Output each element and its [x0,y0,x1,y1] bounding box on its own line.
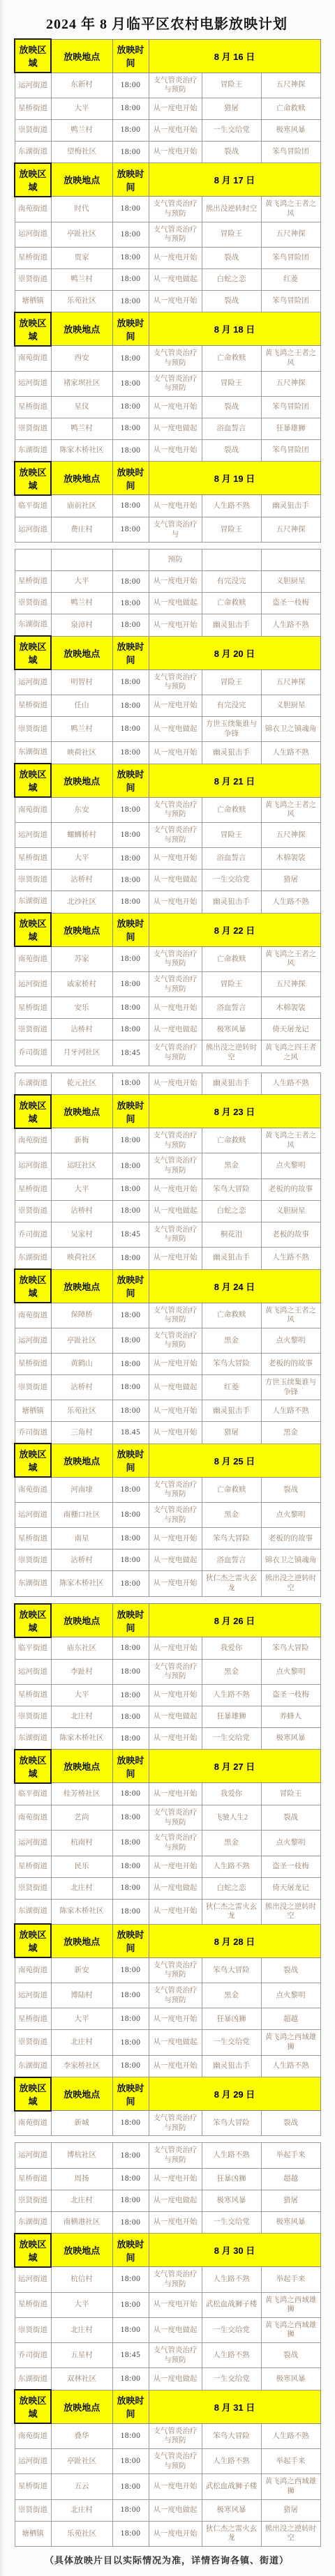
screening-row: 崇贤街道鸭兰村18:00从一度电做起亡命救赎盗圣一枝梅 [15,593,320,614]
location-cell: 大平 [51,2292,112,2317]
film-cell: 倚天屠龙记 [261,1877,320,1899]
header-location-label: 放映地点 [51,2234,112,2267]
schedule-table-fragment: 放映区域放映地点放映时间8 月 26 日临平街道庙东社区18:00从一度电开始我… [14,1603,321,2137]
screening-row: 塘栖镇乐苑社区18:00从一度电开始狄仁杰之雷火玄龙熊出没之逆转时空 [15,2521,320,2546]
region-cell: 运河街道 [15,823,51,848]
header-location-label: 放映地点 [51,1750,112,1783]
film-cell: 人生路不熟 [261,1073,320,1095]
time-cell: 18:00 [112,98,149,119]
film-cell: 亡命救赎 [202,1303,261,1328]
film-cell: 举起手来 [261,2143,320,2168]
time-cell: 18:00 [112,1706,149,1727]
region-cell: 乔司街道 [15,1222,51,1247]
location-cell: 南横港社区 [51,2211,112,2234]
header-region-label: 放映区域 [15,2234,51,2267]
film-cell: 极寒风暴 [202,2499,261,2521]
location-cell: 亭趾社区 [51,1328,112,1353]
region-cell: 塘栖镇 [15,2521,51,2546]
location-cell: 苏家 [51,946,112,971]
film-cell: 支气管炎治疗与预防 [149,1983,202,2008]
screening-row: 崇贤街道北庄村18:00从一度电做起一生交给党黄飞鸿之西域雄狮 [15,2030,320,2055]
film-cell: 一生交给党 [202,2030,261,2055]
location-cell: 李家桥社区 [51,2055,112,2077]
time-cell: 18:00 [112,1375,149,1400]
film-cell: 从一度电开始 [149,2008,202,2030]
location-cell: 费庄村 [51,517,112,542]
time-cell: 18:00 [112,2521,149,2546]
day-header-row: 放映区域放映地点放映时间8 月 17 日 [15,163,320,197]
time-cell [112,550,149,571]
date-label: 8 月 19 日 [149,462,320,495]
location-cell: 李趾村 [51,1659,112,1684]
location-cell: 庙东社区 [51,1637,112,1660]
time-cell: 18:00 [112,1983,149,2008]
film-cell: 支气管炎治疗与预防 [149,222,202,247]
film-cell: 从一度电做起 [149,2190,202,2211]
film-cell: 从一度电开始 [149,1899,202,1924]
location-cell: 陈家木桥社区 [51,439,112,462]
film-cell: 裂战 [261,1805,320,1830]
film-cell: 义胆厨星 [261,695,320,716]
region-cell: 运河街道 [15,1831,51,1856]
screening-row: 南苑街道艺尚18:00支气管炎治疗与预防飞驰人生2裂战 [15,1805,320,1830]
film-cell: 黑金 [261,1422,320,1444]
film-cell: 冒险王 [202,823,261,848]
film-cell: 人生路不熟 [261,2423,320,2448]
film-cell: 从一度电开始 [149,1637,202,1660]
film-cell: 老板的的故事 [261,1528,320,1550]
film-cell: 人生路不熟 [202,2143,261,2168]
film-cell: 黄飞鸿之王者之风 [261,346,320,371]
region-cell: 南苑街道 [15,946,51,971]
location-cell: 北沙社区 [51,891,112,914]
screening-row: 东湖街道陈家木桥社区18:00从一度电开始狄仁杰之雷火玄龙熊出没之逆转时空 [15,1571,320,1596]
screening-row: 南苑街道河南埭18:00支气管炎治疗与预防亡命救赎裂战 [15,1477,320,1502]
time-cell: 18:00 [112,1179,149,1200]
region-cell: 南苑街道 [15,1957,51,1983]
film-cell: 盗圣一枝梅 [261,593,320,614]
time-cell: 18:00 [112,972,149,997]
film-cell: 从一度电开始 [149,848,202,870]
time-cell: 18:00 [112,1128,149,1153]
film-cell: 裂战 [202,439,261,462]
film-cell: 五尺神探 [261,823,320,848]
region-cell: 临平街道 [15,495,51,517]
screening-row: 运河街道博杭社区18:00支气管炎治疗与预防人生路不熟举起手来 [15,2143,320,2168]
film-cell: 红菱 [202,1375,261,1400]
schedule: 放映区域放映地点放映时间8 月 16 日运河街道东新村18:00支气管炎治疗与预… [14,38,320,2547]
film-cell: 方世玉续集谁与争锋 [261,1375,320,1400]
film-cell: 幽灵狙击手 [202,1400,261,1422]
time-cell: 18:45 [112,2343,149,2368]
screening-row: 南苑街道苏家18:00支气管炎治疗与预防亡命救赎黄飞鸿之王者之风 [15,946,320,971]
time-cell: 18:00 [112,2368,149,2391]
film-cell: 支气管炎治疗与预防 [149,823,202,848]
location-cell: 大平 [51,1684,112,1706]
day-header-row: 放映区域放映地点放映时间8 月 18 日 [15,312,320,346]
film-cell: 从一度电做起 [149,1877,202,1899]
film-cell: 狂暴雄狮 [261,418,320,439]
header-time-label: 放映时间 [112,636,149,669]
location-cell: 沾桥村 [51,1019,112,1040]
location-cell: 乐苑社区 [51,2521,112,2546]
film-cell: 人生路不熟 [202,2343,261,2368]
film-cell: 黑金 [202,1153,261,1179]
time-cell: 18:00 [112,797,149,822]
film-cell: 笨鸟大冒险 [202,1957,261,1983]
time-cell: 18:00 [112,2190,149,2211]
film-cell: 支气管炎治疗与预防 [149,197,202,222]
date-label: 8 月 27 日 [149,1750,320,1783]
time-cell: 18:00 [112,222,149,247]
header-time-label: 放映时间 [112,312,149,346]
time-cell: 18:00 [112,1503,149,1528]
day-header-row: 放映区域放映地点放映时间8 月 28 日 [15,1924,320,1957]
film-cell: 从一度电开始 [149,1528,202,1550]
location-cell: 北庄村 [51,1706,112,1727]
film-cell: 支气管炎治疗与 [149,517,202,542]
screening-row: 南苑街道新城18:00支气管炎治疗与预防笨鸟大冒险裂战 [15,2111,320,2136]
region-cell: 崇贤街道 [15,268,51,290]
location-cell: 东安 [51,797,112,822]
location-cell: 博陆村 [51,1983,112,2008]
region-cell: 崇贤街道 [15,716,51,741]
film-cell: 从一度电做起 [149,1706,202,1727]
header-region-label: 放映区域 [15,1604,51,1637]
region-cell: 临平街道 [15,1783,51,1805]
header-region-label: 放映区域 [15,1269,51,1303]
film-cell: 冒险王 [202,517,261,542]
region-cell: 星桥街道 [15,98,51,119]
film-cell: 老板的故事 [261,1222,320,1247]
film-cell: 浴血誓言 [202,1550,261,1571]
screening-row: 运河街道亭趾社区18:00支气管炎治疗与预防冒险王五尺神探 [15,222,320,247]
film-cell: 盗圣一枝梅 [261,1684,320,1706]
film-cell: 从一度电开始 [149,614,202,637]
location-cell: 任山 [51,695,112,716]
region-cell: 东湖街道 [15,1727,51,1750]
film-cell: 从一度电做起 [149,870,202,891]
location-cell: 乐苑社区 [51,1400,112,1422]
film-cell: 支气管炎治疗与预防 [149,1153,202,1179]
location-cell: 北庄村 [51,1877,112,1899]
screening-row: 塘栖镇乐苑社区18:00从一度电开始幽灵狙击手人生路不熟 [15,1400,320,1422]
region-cell: 南苑街道 [15,2111,51,2136]
location-cell: 大平 [51,848,112,870]
header-location-label: 放映地点 [51,1444,112,1477]
screening-row: 运河街道南栅口社区18:00支气管炎治疗与预防黑金点火黎明 [15,1503,320,1528]
film-cell: 五尺神探 [261,371,320,396]
time-cell: 18:45 [112,1040,149,1066]
region-cell: 南苑街道 [15,2423,51,2448]
time-cell: 18:00 [112,1477,149,1502]
time-cell: 18:00 [112,1659,149,1684]
film-cell: 人生路不熟 [261,614,320,637]
time-cell: 18:00 [112,1637,149,1660]
location-cell: 南栅口社区 [51,1503,112,1528]
time-cell: 18:45 [112,1222,149,1247]
day-header-row: 放映区域放映地点放映时间8 月 29 日 [15,2077,320,2111]
schedule-table-fragment: 东湖街道乾元社区18:00从一度电开始幽灵狙击手人生路不熟放映区域放映地点放映时… [14,1073,321,1597]
film-cell: 老板的的故事 [261,1179,320,1200]
film-cell: 狂暴凶狮 [202,2168,261,2190]
region-cell: 星桥街道 [15,1354,51,1375]
film-cell: 一生交给党 [202,870,261,891]
film-cell: 从一度电做起 [149,1550,202,1571]
film-cell: 从一度电开始 [149,1354,202,1375]
time-cell: 18:00 [112,247,149,268]
film-cell: 黄飞鸿之王者之风 [261,797,320,822]
location-cell: 鸭兰村 [51,593,112,614]
time-cell: 18:00 [112,2055,149,2077]
screening-row: 东湖街道陈家木桥社区18:00从一度电开始一生交给党极寒风暴 [15,1727,320,1750]
film-cell: 木棉袈裟 [261,997,320,1019]
region-cell: 运河街道 [15,972,51,997]
region-cell: 东湖街道 [15,141,51,163]
day-header-row: 放映区域放映地点放映时间8 月 22 日 [15,913,320,946]
film-cell: 支气管炎治疗与预防 [149,1957,202,1983]
screening-row: 运河街道杭南村18:00支气管炎治疗与预防黑金点火黎明 [15,1831,320,1856]
film-cell: 支气管炎治疗与预防 [149,1328,202,1353]
screening-row: 星桥街道贾家18:00从一度电开始裂战笨鸟冒险团 [15,247,320,268]
film-cell: 裂战 [202,290,261,312]
film-cell: 狂暴雄狮 [202,1706,261,1727]
location-cell: 新梅 [51,1128,112,1153]
film-cell: 猎屠 [261,2499,320,2521]
film-cell: 从一度电开始 [149,2055,202,2077]
location-cell: 南星 [51,1528,112,1550]
screening-row: 星桥街道大平18:00从一度电开始笨鸟大冒险老板的的故事 [15,1179,320,1200]
film-cell: 熊出没之逆转时空 [202,1040,261,1066]
location-cell: 沾桥村 [51,1550,112,1571]
header-location-label: 放映地点 [51,39,112,73]
screening-row: 南苑街道新梅18:00支气管炎治疗与预防亡命救赎黄飞鸿之王者之风 [15,1128,320,1153]
screening-row: 东湖街道泉漳村18:00从一度电开始幽灵狙击手人生路不熟 [15,614,320,637]
header-location-label: 放映地点 [51,2077,112,2111]
time-cell: 18:00 [112,197,149,222]
film-cell: 黄飞鸿之西域雄狮 [261,2317,320,2342]
time-cell: 18.45 [112,1422,149,1444]
screening-row: 运河街道杭信村18:00支气管炎治疗与预防人生路不熟举起手来 [15,2267,320,2292]
time-cell: 18:00 [112,2111,149,2136]
screening-row: 运河街道李趾村18:00支气管炎治疗与预防黑金点火黎明 [15,1659,320,1684]
time-cell: 18:00 [112,141,149,163]
film-cell: 支气管炎治疗与预防 [149,1222,202,1247]
location-cell: 叠华 [51,2423,112,2448]
location-cell: 鸭兰村 [51,418,112,439]
film-cell: 幽灵狙击手 [202,891,261,914]
film-cell: 人生路不熟 [202,2449,261,2474]
screening-row: 崇贤街道鸭兰村18:00从一度电做起浴血誓言狂暴雄狮 [15,418,320,439]
film-cell: 一生交给党 [202,2211,261,2234]
film-cell: 白蛇之恋 [202,1877,261,1899]
location-cell: 大平 [51,2008,112,2030]
film-cell: 木棉袈裟 [261,848,320,870]
film-cell: 幽灵狙击手 [202,614,261,637]
film-cell: 老板的的故事 [261,1354,320,1375]
header-time-label: 放映时间 [112,1750,149,1783]
schedule-table-fragment: 预防星桥街道大平18:00从一度电开始有完没完义胆厨星崇贤街道鸭兰村18:00从… [14,549,321,1066]
header-location-label: 放映地点 [51,1604,112,1637]
location-cell: 安乐 [51,997,112,1019]
time-cell: 18:00 [112,1248,149,1270]
region-cell: 南苑街道 [15,346,51,371]
header-region-label: 放映区域 [15,462,51,495]
screening-row: 星桥街道周扬18:00从一度电开始狂暴凶狮超越 [15,2168,320,2190]
location-cell: 新城 [51,2111,112,2136]
film-cell: 锦衣卫之镇魂角 [261,1550,320,1571]
film-cell: 笨鸟冒险团 [261,439,320,462]
header-location-label: 放映地点 [51,163,112,197]
time-cell: 18:00 [112,1528,149,1550]
location-cell: 北庄村 [51,2317,112,2342]
location-cell: 吴家村 [51,1222,112,1247]
location-cell: 杭南村 [51,1831,112,1856]
screening-row: 崇贤街道北庄村18:00从一度电做起白蛇之恋倚天屠龙记 [15,1877,320,1899]
screening-row: 崇贤街道北庄村18:00从一度电做起一生交给党黄飞鸿之西域雄狮 [15,2317,320,2342]
region-cell: 运河街道 [15,2267,51,2292]
location-cell: 月牙河社区 [51,1040,112,1066]
film-cell: 义胆厨星 [261,1200,320,1222]
region-cell: 运河街道 [15,222,51,247]
film-cell: 裂战 [261,2111,320,2136]
time-cell: 18:00 [112,1877,149,1899]
film-cell: 五尺神探 [261,73,320,98]
film-cell: 锦衣卫之镇魂角 [261,716,320,741]
location-cell: 褚家坝社区 [51,371,112,396]
film-cell: 五尺神探 [261,222,320,247]
location-cell: 映荷社区 [51,742,112,764]
screening-row: 东湖街道乾元社区18:00从一度电开始幽灵狙击手人生路不熟 [15,1073,320,1095]
location-cell: 五云 [51,2474,112,2499]
time-cell: 18:00 [112,1328,149,1353]
day-header-row: 放映区域放映地点放映时间8 月 26 日 [15,1604,320,1637]
header-time-label: 放映时间 [112,913,149,946]
screening-row: 崇贤街道鸭兰村18:00从一度电做起白蛇之恋红菱 [15,268,320,290]
location-cell: 陈家木桥社区 [51,1727,112,1750]
film-cell: 笨鸟冒险团 [261,290,320,312]
screening-row: 南苑街道新安18:00支气管炎治疗与预防笨鸟大冒险裂战 [15,1957,320,1983]
region-cell: 东湖街道 [15,1248,51,1270]
film-cell: 冒险王 [202,73,261,98]
header-location-label: 放映地点 [51,636,112,669]
date-label: 8 月 20 日 [149,636,320,669]
location-cell: 沾桥村 [51,1200,112,1222]
time-cell: 18:00 [112,73,149,98]
location-cell: 黄鹤山 [51,1354,112,1375]
location-cell: 新安 [51,1957,112,1983]
location-cell: 杭信村 [51,2267,112,2292]
continuation-row: 预防 [15,550,320,571]
film-cell: 从一度电开始 [149,891,202,914]
film-cell: 从一度电做起 [149,1375,202,1400]
time-cell: 18:00 [112,669,149,695]
location-cell: 泉漳村 [51,614,112,637]
header-time-label: 放映时间 [112,2234,149,2267]
screening-row: 乔司街道吴家村18:45支气管炎治疗与预防桐花泪老板的故事 [15,1222,320,1247]
region-cell: 星桥街道 [15,1179,51,1200]
film-cell: 支气管炎治疗与预防 [149,2343,202,2368]
film-cell: 支气管炎治疗与预防 [149,1128,202,1153]
film-cell: 幽灵狙击手 [202,1248,261,1270]
screening-row: 星桥街道大平18:00从一度电开始有完没完义胆厨星 [15,571,320,593]
screening-row: 运河街道戚家桥村18:00支气管炎治疗与预防冒险王五尺神探 [15,972,320,997]
film-cell: 人生路不熟 [202,495,261,517]
header-region-label: 放映区域 [15,163,51,197]
time-cell: 18:00 [112,1899,149,1924]
region-cell: 崇贤街道 [15,1877,51,1899]
location-cell: 西安 [51,346,112,371]
time-cell: 18:00 [112,2449,149,2474]
region-cell: 星桥街道 [15,2168,51,2190]
region-cell: 星桥街道 [15,695,51,716]
film-cell: 从一度电开始 [149,396,202,418]
time-cell: 18:00 [112,439,149,462]
time-cell: 18:00 [112,2474,149,2499]
screening-row: 东湖街道望梅社区18:00从一度电开始裂战笨鸟冒险团 [15,141,320,163]
location-cell: 鸭兰村 [51,268,112,290]
film-cell: 熊出没逆转时空 [202,197,261,222]
time-cell: 18:00 [112,1354,149,1375]
day-header-row: 放映区域放映地点放映时间8 月 31 日 [15,2390,320,2423]
film-cell: 人生路不熟 [261,1400,320,1422]
film-cell: 狄仁杰之雷火玄龙 [202,2521,261,2546]
film-cell: 从一度电做起 [149,2368,202,2391]
date-label: 8 月 23 日 [149,1095,320,1128]
film-cell: 人生路不熟 [261,891,320,914]
location-cell: 螺蛳桥村 [51,823,112,848]
film-cell: 人生路不熟 [261,742,320,764]
region-cell: 崇贤街道 [15,119,51,141]
time-cell: 18:00 [112,1073,149,1095]
region-cell: 星桥街道 [15,2292,51,2317]
screening-row: 崇贤街道北庄村18:00从一度电做起极寒风暴猎屠 [15,2499,320,2521]
film-cell: 黄飞鸿之王者之风 [261,197,320,222]
film-cell: 亡命救赎 [202,346,261,371]
film-cell: 黄飞鸿之王者之风 [261,946,320,971]
location-cell: 时代 [51,197,112,222]
film-cell: 极寒风暴 [261,1727,320,1750]
time-cell: 18:00 [112,2267,149,2292]
film-cell: 黄飞鸿之西域雄狮 [261,2474,320,2499]
time-cell: 18:00 [112,891,149,914]
day-header-row: 放映区域放映地点放映时间8 月 24 日 [15,1269,320,1303]
film-cell: 从一度电开始 [149,98,202,119]
header-time-label: 放映时间 [112,163,149,197]
screening-row: 星桥街道安乐18:00从一度电开始浴血誓言木棉袈裟 [15,997,320,1019]
time-cell: 18:00 [112,997,149,1019]
location-cell: 河南埭 [51,1477,112,1502]
time-cell: 18:00 [112,593,149,614]
location-cell: 映荷社区 [51,1248,112,1270]
location-cell: 沾桥村 [51,870,112,891]
location-cell: 陈家木桥社区 [51,1571,112,1596]
film-cell: 冒险王 [202,669,261,695]
film-cell: 裂战 [202,247,261,268]
film-cell: 笨鸟大冒险 [202,1179,261,1200]
film-cell: 支气管炎治疗与预防 [149,669,202,695]
film-cell: 幽灵狙击手 [202,2055,261,2077]
film-cell: 熊出没之逆转时空 [261,1571,320,1596]
film-cell [202,550,261,571]
date-label: 8 月 26 日 [149,1604,320,1637]
schedule-table-fragment: 运河街道博杭社区18:00支气管炎治疗与预防人生路不熟举起手来星桥街道周扬18:… [14,2142,321,2547]
screening-row: 东湖街道映荷社区18:00从一度电开始幽灵狙击手人生路不熟 [15,742,320,764]
screening-row: 崇贤街道鸭兰村18:00从一度电做起方世玉续集谁与争锋锦衣卫之镇魂角 [15,716,320,741]
location-cell: 北庄村 [51,2030,112,2055]
film-cell: 支气管炎治疗与预防 [149,946,202,971]
screening-row: 运河街道费庄村18:00支气管炎治疗与冒险王五尺神探 [15,517,320,542]
